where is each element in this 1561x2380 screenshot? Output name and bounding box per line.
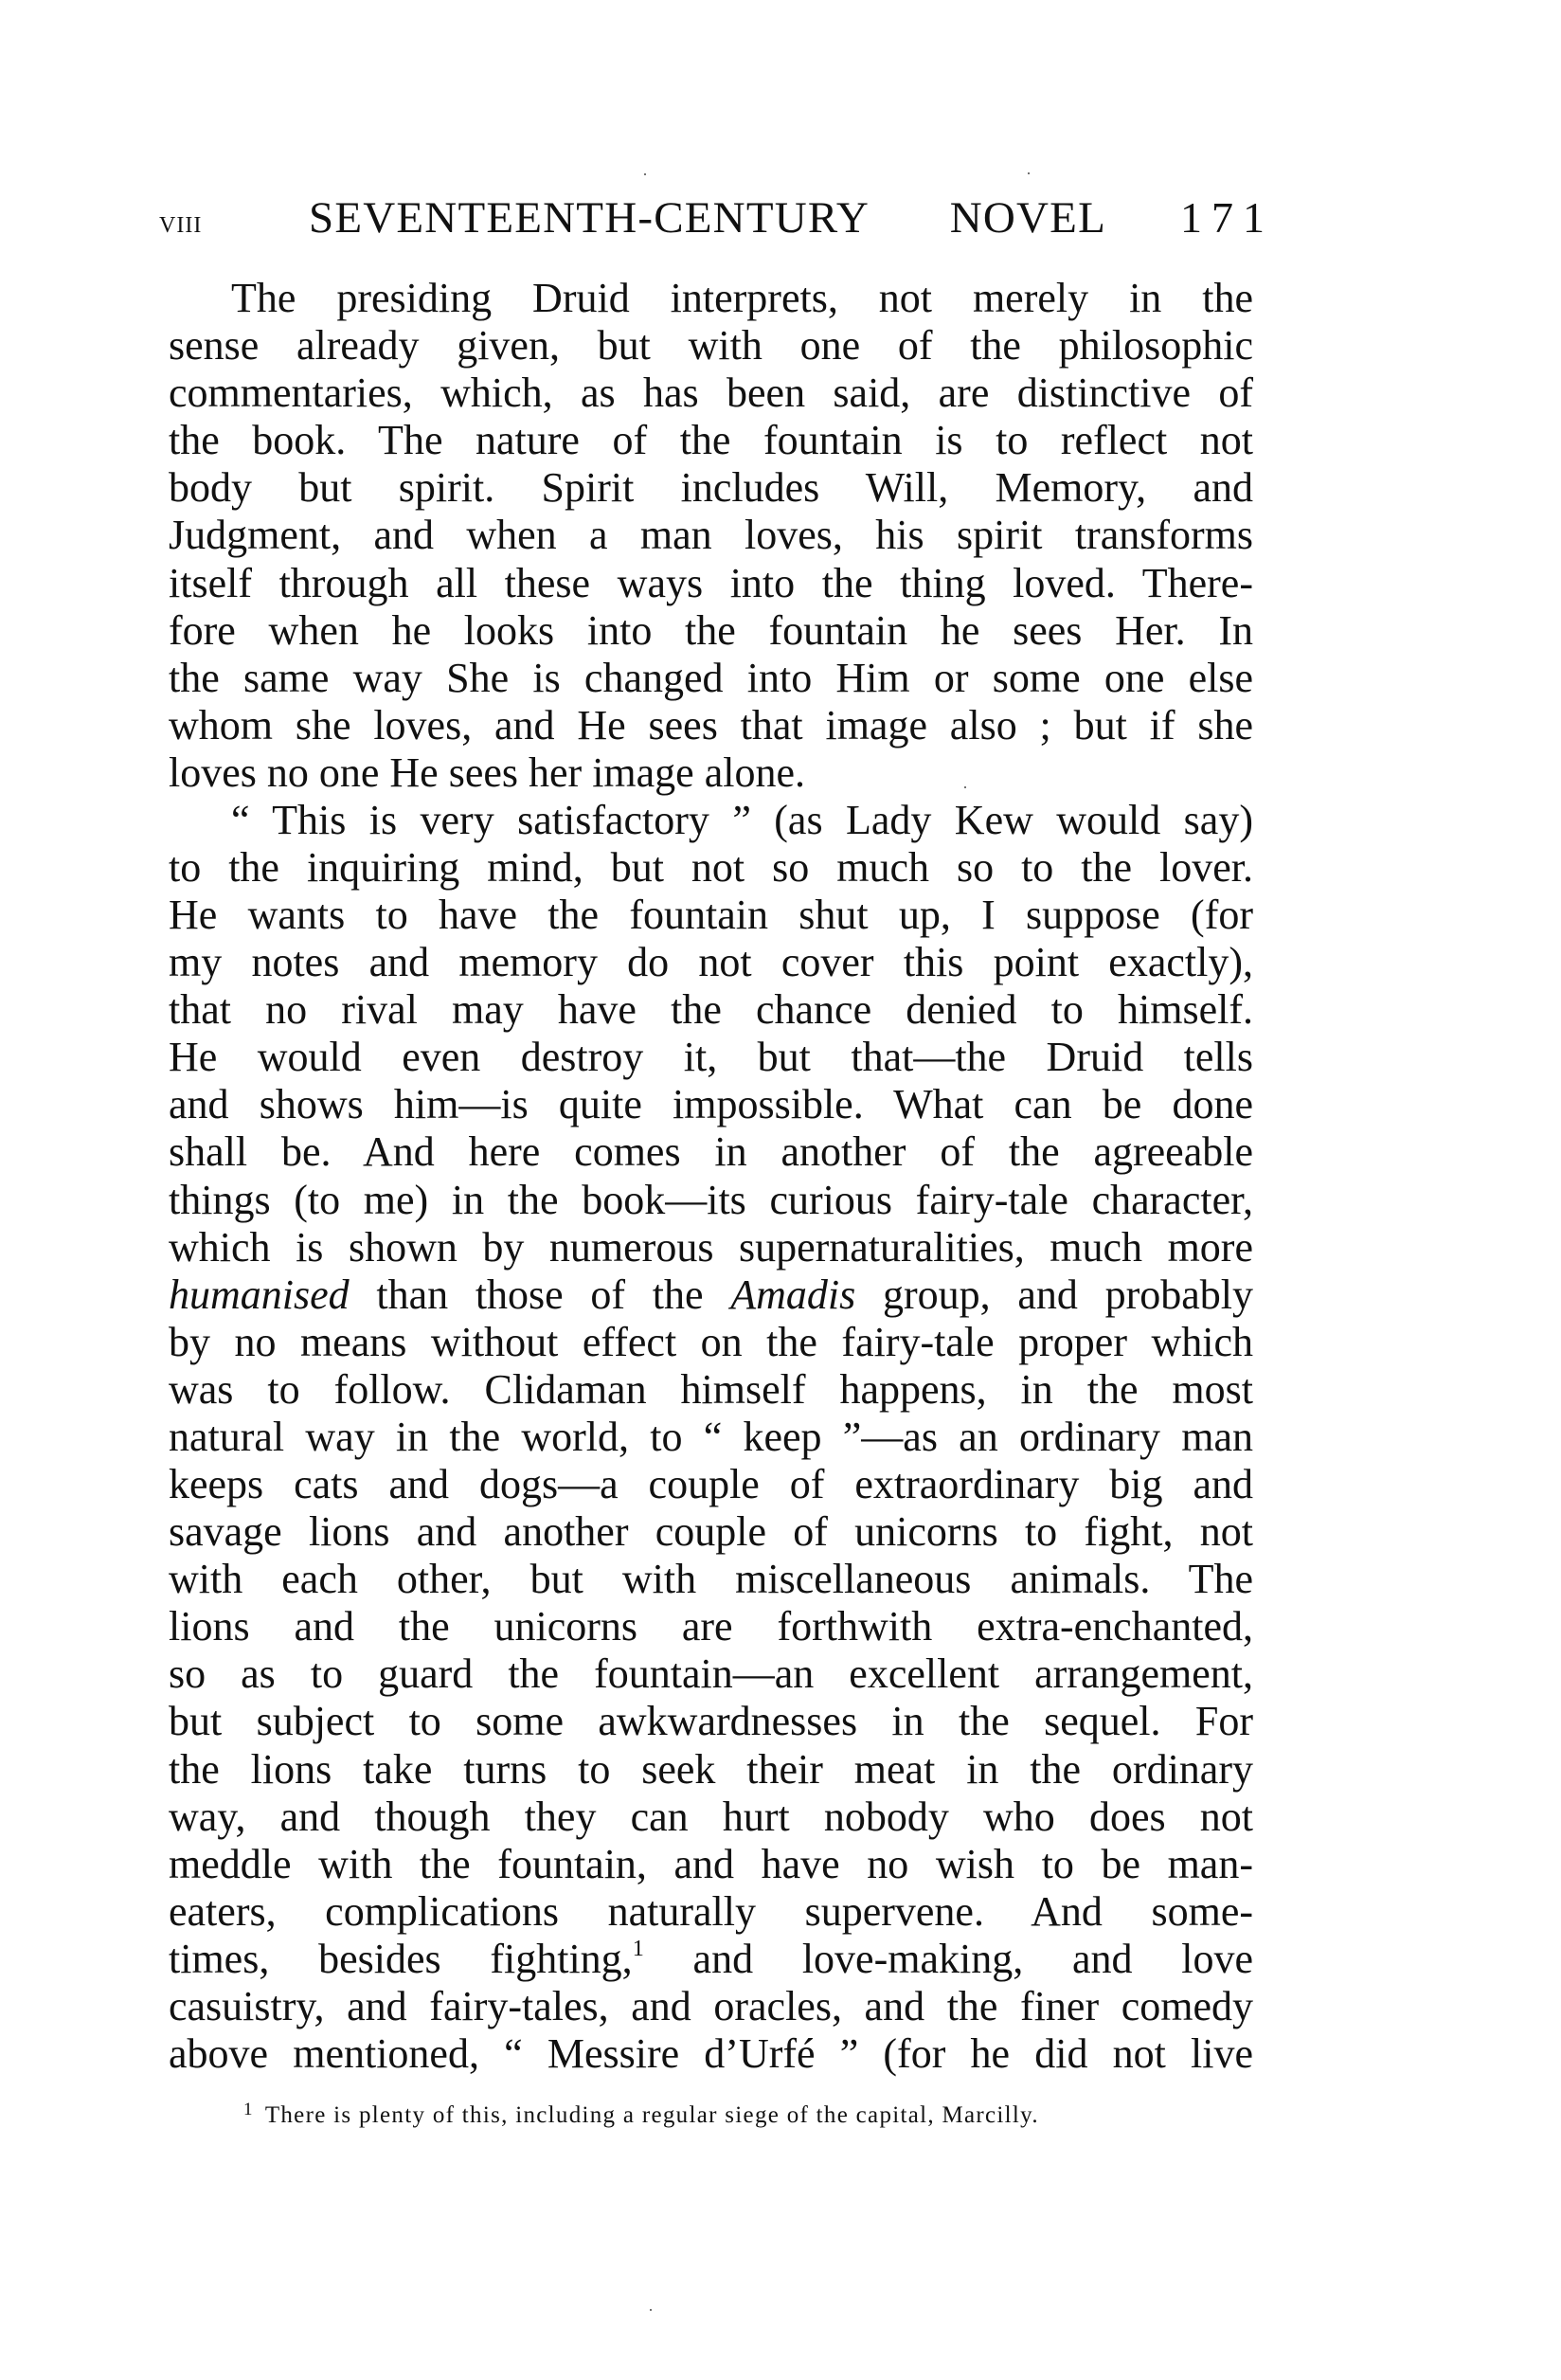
text-line: He would even destroy it, but that—the D… xyxy=(169,1034,1253,1081)
text-line: The presiding Druid interprets, not mere… xyxy=(231,275,1253,322)
text-segment: eaters, complications naturally superven… xyxy=(169,1888,1253,1935)
text-line: to the inquiring mind, but not so much s… xyxy=(169,844,1253,892)
text-segment: shall be. And here comes in another of t… xyxy=(169,1128,1253,1175)
scan-speck xyxy=(1028,172,1030,174)
text-segment: so as to guard the fountain—an excellent… xyxy=(169,1650,1253,1697)
text-line: body but spirit. Spirit includes Will, M… xyxy=(169,464,1253,512)
text-segment: group, and probably xyxy=(855,1271,1253,1318)
text-line: Judgment, and when a man loves, his spir… xyxy=(169,512,1253,559)
text-line: commentaries, which, as has been said, a… xyxy=(169,370,1253,417)
text-line: things (to me) in the book—its curious f… xyxy=(169,1177,1253,1224)
text-line: “ This is very satisfactory ” (as Lady K… xyxy=(231,797,1253,844)
text-line: He wants to have the fountain shut up, I… xyxy=(169,892,1253,939)
text-segment: commentaries, which, as has been said, a… xyxy=(169,370,1253,416)
text-line: keeps cats and dogs—a couple of extraord… xyxy=(169,1461,1253,1508)
text-line: the book. The nature of the fountain is … xyxy=(169,417,1253,464)
text-line: was to follow. Clidaman himself happens,… xyxy=(169,1366,1253,1414)
text-segment: He would even destroy it, but that—the D… xyxy=(169,1034,1253,1080)
text-line: whom she loves, and He sees that image a… xyxy=(169,702,1253,749)
book-page: VIII SEVENTEENTH-CENTURY NOVEL 171 The p… xyxy=(0,0,1561,2380)
text-line: by no means without effect on the fairy-… xyxy=(169,1319,1253,1366)
text-segment: natural way in the world, to “ keep ”—as… xyxy=(169,1414,1253,1460)
text-segment: fore when he looks into the fountain he … xyxy=(169,607,1253,654)
text-segment: itself through all these ways into the t… xyxy=(169,560,1253,606)
text-segment: to the inquiring mind, but not so much s… xyxy=(169,844,1253,891)
text-line: eaters, complications naturally superven… xyxy=(169,1888,1253,1936)
page-number: 171 xyxy=(1180,194,1274,242)
text-line: sense already given, but with one of the… xyxy=(169,322,1253,370)
running-head: VIII SEVENTEENTH-CENTURY NOVEL 171 xyxy=(0,0,1561,246)
text-segment: but subject to some awkwardnesses in the… xyxy=(169,1698,1253,1744)
text-segment: the lions take turns to seek their meat … xyxy=(169,1746,1253,1793)
text-line: that no rival may have the chance denied… xyxy=(169,986,1253,1034)
text-line: the lions take turns to seek their meat … xyxy=(169,1746,1253,1794)
text-line: lions and the unicorns are forthwith ext… xyxy=(169,1603,1253,1650)
text-segment: “ This is very satisfactory ” (as Lady K… xyxy=(231,797,1253,843)
text-segment: loves no one He sees her image alone. xyxy=(169,749,805,796)
text-segment: sense already given, but with one of the… xyxy=(169,322,1253,369)
text-line: above mentioned, “ Messire d’Urfé ” (for… xyxy=(169,2030,1253,2078)
italic-text: Amadis xyxy=(730,1271,855,1318)
text-line: times, besides fighting,1 and love-makin… xyxy=(169,1936,1253,1983)
scan-speck xyxy=(650,2309,652,2311)
text-line: fore when he looks into the fountain he … xyxy=(169,607,1253,655)
text-segment: keeps cats and dogs—a couple of extraord… xyxy=(169,1461,1253,1507)
text-line: shall be. And here comes in another of t… xyxy=(169,1128,1253,1176)
text-segment: things (to me) in the book—its curious f… xyxy=(169,1177,1253,1223)
text-segment: with each other, but with miscellaneous … xyxy=(169,1556,1253,1602)
italic-text: humanised xyxy=(169,1271,350,1318)
text-line: the same way She is changed into Him or … xyxy=(169,655,1253,702)
text-segment: way, and though they can hurt nobody who… xyxy=(169,1794,1253,1840)
text-line: and shows him—is quite impossible. What … xyxy=(169,1081,1253,1128)
text-segment: than those of the xyxy=(350,1271,731,1318)
text-segment: body but spirit. Spirit includes Will, M… xyxy=(169,464,1253,511)
text-segment: by no means without effect on the fairy-… xyxy=(169,1319,1253,1365)
text-segment: He wants to have the fountain shut up, I… xyxy=(169,892,1253,938)
text-line: loves no one He sees her image alone. xyxy=(169,749,1253,797)
text-line: with each other, but with miscellaneous … xyxy=(169,1556,1253,1603)
text-line: humanised than those of the Amadis group… xyxy=(169,1271,1253,1319)
text-segment: times, besides fighting, xyxy=(169,1936,633,1982)
footnote-text: There is plenty of this, including a reg… xyxy=(265,2102,1039,2128)
footnote-reference: 1 xyxy=(633,1936,644,1961)
text-segment: which is shown by numerous supernaturali… xyxy=(169,1224,1253,1271)
text-line: natural way in the world, to “ keep ”—as… xyxy=(169,1414,1253,1461)
text-segment: the book. The nature of the fountain is … xyxy=(169,417,1253,463)
footnote-mark: 1 xyxy=(243,2100,254,2119)
text-segment: lions and the unicorns are forthwith ext… xyxy=(169,1603,1253,1650)
text-line: way, and though they can hurt nobody who… xyxy=(169,1794,1253,1841)
text-line: but subject to some awkwardnesses in the… xyxy=(169,1698,1253,1745)
text-segment: casuistry, and fairy-tales, and oracles,… xyxy=(169,1983,1253,2029)
chapter-number: VIII xyxy=(159,207,202,239)
text-segment: that no rival may have the chance denied… xyxy=(169,986,1253,1033)
text-line: so as to guard the fountain—an excellent… xyxy=(169,1650,1253,1698)
scan-speck xyxy=(964,786,966,788)
text-line: meddle with the fountain, and have no wi… xyxy=(169,1841,1253,1888)
text-line: which is shown by numerous supernaturali… xyxy=(169,1224,1253,1271)
text-segment: the same way She is changed into Him or … xyxy=(169,655,1253,701)
text-segment: meddle with the fountain, and have no wi… xyxy=(169,1841,1253,1887)
text-segment: above mentioned, “ Messire d’Urfé ” (for… xyxy=(169,2030,1253,2077)
text-segment: The presiding Druid interprets, not mere… xyxy=(231,275,1253,321)
text-segment: and love-making, and love xyxy=(644,1936,1253,1982)
text-segment: whom she loves, and He sees that image a… xyxy=(169,702,1253,748)
text-segment: and shows him—is quite impossible. What … xyxy=(169,1081,1253,1127)
text-segment: my notes and memory do not cover this po… xyxy=(169,939,1253,985)
text-segment: savage lions and another couple of unico… xyxy=(169,1508,1253,1555)
scan-speck xyxy=(644,173,646,175)
text-line: my notes and memory do not cover this po… xyxy=(169,939,1253,986)
text-line: casuistry, and fairy-tales, and oracles,… xyxy=(169,1983,1253,2030)
text-line: savage lions and another couple of unico… xyxy=(169,1508,1253,1556)
text-segment: was to follow. Clidaman himself happens,… xyxy=(169,1366,1253,1413)
text-segment: Judgment, and when a man loves, his spir… xyxy=(169,512,1253,558)
footnote: 1There is plenty of this, including a re… xyxy=(243,2095,1181,2131)
text-line: itself through all these ways into the t… xyxy=(169,560,1253,607)
running-title: SEVENTEENTH-CENTURY NOVEL xyxy=(309,194,1106,242)
